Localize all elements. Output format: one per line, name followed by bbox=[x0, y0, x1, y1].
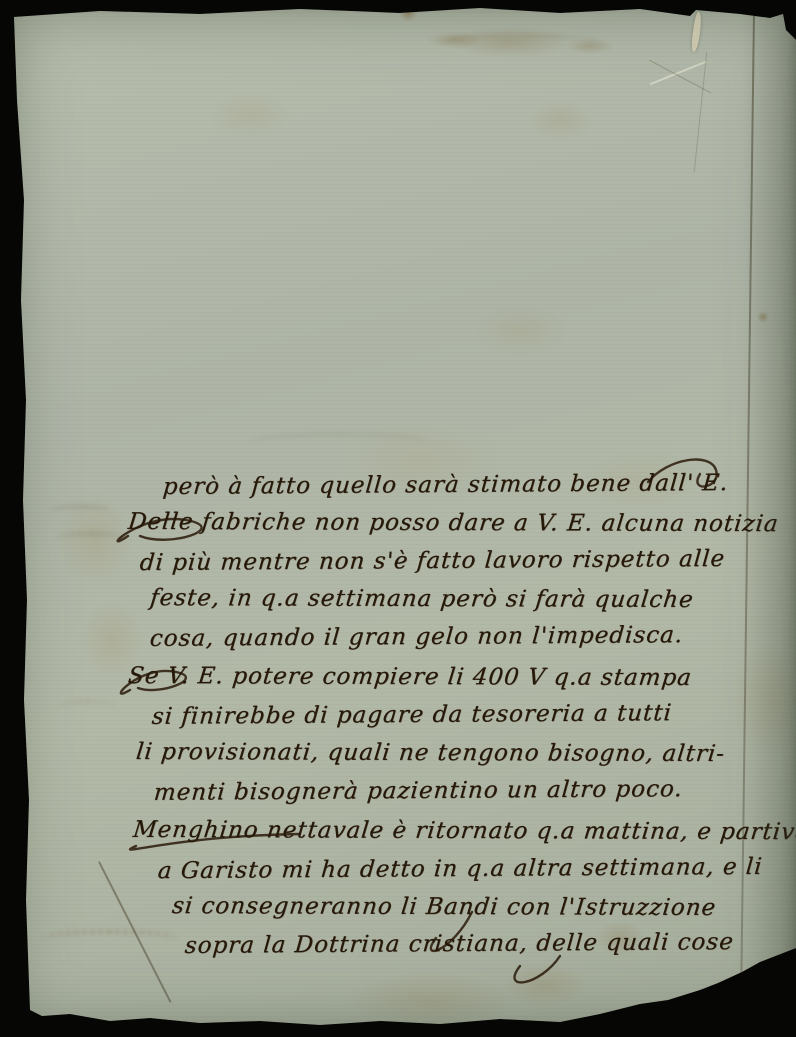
manuscript-page: però à fatto quello sarà stimato bene da… bbox=[0, 0, 796, 1037]
scan-background: però à fatto quello sarà stimato bene da… bbox=[0, 0, 796, 1037]
paper-edge-vignette bbox=[0, 0, 796, 1037]
